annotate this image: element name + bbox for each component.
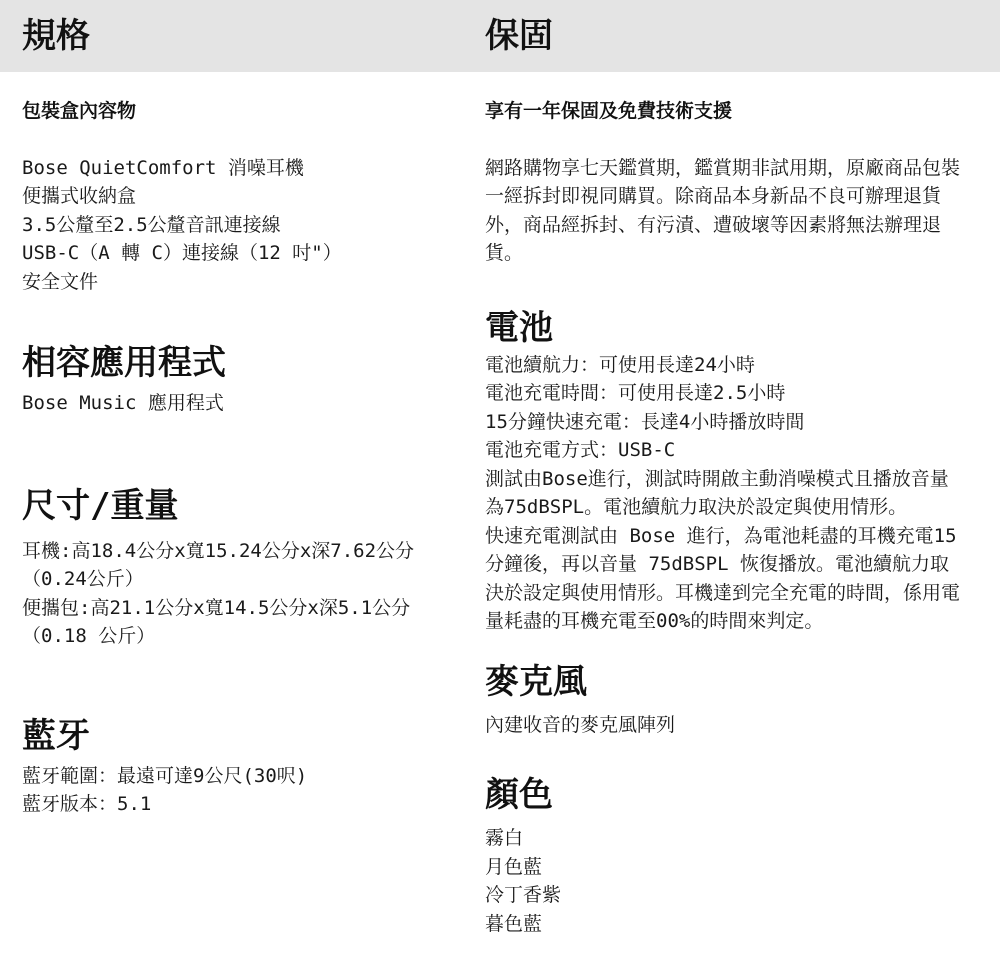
bluetooth-heading: 藍牙 [22,715,472,757]
colors-heading: 顏色 [485,774,963,816]
warranty-heading: 保固 [485,16,553,56]
box-contents-title: 包裝盒內容物 [22,97,472,126]
dimensions-weight-heading: 尺寸/重量 [22,485,472,527]
dimensions-weight-item: 便攜包:高21.1公分x寬14.5公分x深5.1公分 [22,594,472,623]
box-contents-item: 安全文件 [22,268,472,297]
color-option: 霧白 [485,824,963,853]
dimensions-weight-item: 耳機:高18.4公分x寬15.24公分x深7.62公分 [22,537,472,566]
bluetooth-item: 藍牙版本：5.1 [22,790,472,819]
compatible-apps-heading: 相容應用程式 [22,342,472,384]
box-contents-item: 便攜式收納盒 [22,182,472,211]
box-contents-item: Bose QuietComfort 消噪耳機 [22,154,472,183]
specs-heading: 規格 [22,16,90,56]
microphone-description: 內建收音的麥克風陣列 [485,711,963,740]
battery-fast-charge-note: 快速充電測試由 Bose 進行，為電池耗盡的耳機充電15分鐘後，再以音量 75d… [485,522,963,636]
color-option: 月色藍 [485,853,963,882]
battery-line: 15分鐘快速充電：長達4小時播放時間 [485,408,963,437]
page-header-band: 規格 保固 [0,0,1000,72]
battery-heading: 電池 [485,307,963,349]
battery-line: 電池續航力：可使用長達24小時 [485,351,963,380]
box-contents-item: 3.5公釐至2.5公釐音訊連接線 [22,211,472,240]
battery-line: 電池充電方式：USB-C [485,436,963,465]
warranty-policy-text: 網路購物享七天鑑賞期，鑑賞期非試用期，原廠商品包裝一經拆封即視同購買。除商品本身… [485,154,963,268]
colors-list: 霧白 月色藍 冷丁香紫 暮色藍 [485,824,963,938]
box-contents-item: USB-C（A 轉 C）連接線（12 吋"） [22,239,472,268]
bluetooth-list: 藍牙範圍：最遠可達9公尺(30呎) 藍牙版本：5.1 [22,762,472,819]
microphone-heading: 麥克風 [485,661,963,703]
color-option: 暮色藍 [485,910,963,939]
dimensions-weight-item: （0.18 公斤） [22,622,472,651]
color-option: 冷丁香紫 [485,881,963,910]
specs-column: 包裝盒內容物 Bose QuietComfort 消噪耳機 便攜式收納盒 3.5… [22,72,472,819]
warranty-column: 享有一年保固及免費技術支援 網路購物享七天鑑賞期，鑑賞期非試用期，原廠商品包裝一… [485,72,963,938]
battery-line: 電池充電時間：可使用長達2.5小時 [485,379,963,408]
dimensions-weight-list: 耳機:高18.4公分x寬15.24公分x深7.62公分 （0.24公斤） 便攜包… [22,537,472,651]
compatible-apps-item: Bose Music 應用程式 [22,389,472,418]
battery-details: 電池續航力：可使用長達24小時 電池充電時間：可使用長達2.5小時 15分鐘快速… [485,351,963,636]
bluetooth-item: 藍牙範圍：最遠可達9公尺(30呎) [22,762,472,791]
warranty-subtitle: 享有一年保固及免費技術支援 [485,97,963,126]
compatible-apps-list: Bose Music 應用程式 [22,389,472,418]
dimensions-weight-item: （0.24公斤） [22,565,472,594]
box-contents-list: Bose QuietComfort 消噪耳機 便攜式收納盒 3.5公釐至2.5公… [22,154,472,297]
battery-test-note: 測試由Bose進行，測試時開啟主動消噪模式且播放音量為75dBSPL。電池續航力… [485,465,963,522]
